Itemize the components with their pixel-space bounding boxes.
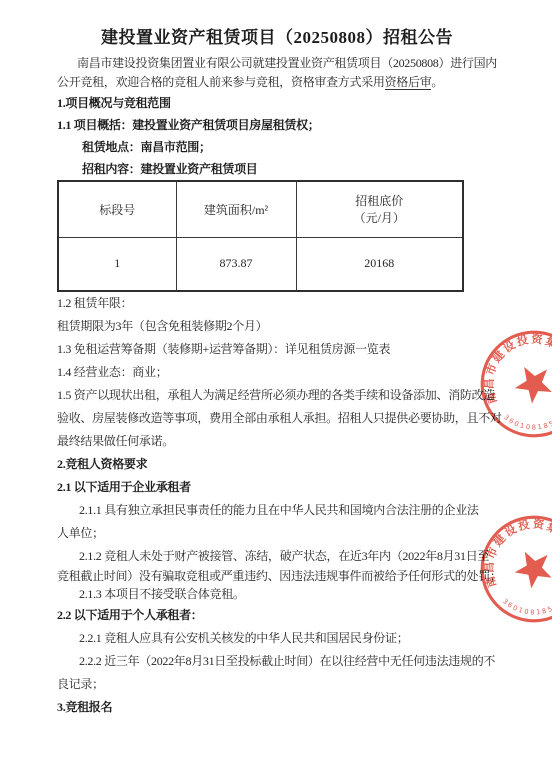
- intro-line-2-text: 公开竞租，欢迎合格的竞租人前来参与竞租，资格审查方式采用: [57, 75, 385, 89]
- document-page: 建投置业资产租赁项目（20250808）招租公告 南昌市建设投资集团置业有限公司…: [0, 0, 552, 760]
- item-1-1: 1.1 项目概括：建投置业资产租赁项目房屋租赁权；: [57, 114, 497, 136]
- header-base-rent-line1: 招租底价: [297, 192, 463, 209]
- item-2-1-1-line1: 2.1.1 具有独立承担民事责任的能力且在中华人民共和国境内合法注册的企业法: [57, 499, 497, 522]
- header-base-rent-line2: （元/月）: [297, 209, 463, 226]
- item-2-2-2-line1: 2.2.2 近三年（2022年8月31日至投标截止时间）在以往经营中无任何违法违…: [57, 650, 497, 673]
- item-2-2-1: 2.2.1 竞租人应具有公安机关核发的中华人民共和国居民身份证；: [57, 627, 497, 650]
- item-1-2-detail: 租赁期限为3年（包含免租装修期2个月）: [57, 315, 497, 338]
- intro-line-2: 公开竞租，欢迎合格的竞租人前来参与竞租，资格审查方式采用资格后审。: [57, 73, 497, 92]
- document-title: 建投置业资产租赁项目（20250808）招租公告: [57, 26, 497, 50]
- item-2-1-2-line2: 竞租截止时间）没有骗取竞租或严重违约、因违法违规事件而被给予任何形式的处罚；: [57, 568, 497, 585]
- item-1-5-line3: 最终结果做任何承诺。: [57, 430, 497, 453]
- item-1-3: 1.3 免租运营筹备期（装修期+运营筹备期）：详见租赁房源一览表: [57, 338, 497, 361]
- item-1-2: 1.2 租赁年限：: [57, 292, 497, 315]
- item-2-1-3: 2.1.3 本项目不接受联合体竞租。: [57, 585, 497, 604]
- intro-underlined-term: 资格后审: [385, 75, 432, 90]
- section1-heading: 1.项目概况与竞租范围: [57, 92, 497, 114]
- item-2-1-1-line2: 人单位；: [57, 522, 497, 545]
- item-2-2: 2.2 以下适用于个人承租者：: [57, 604, 497, 627]
- item-2-1-2-line1: 2.1.2 竞租人未处于财产被接管、冻结，破产状态，在近3年内（2022年8月3…: [57, 545, 497, 568]
- header-lot-number: 标段号: [58, 181, 176, 237]
- cell-base-rent: 20168: [296, 237, 463, 291]
- document-content: 建投置业资产租赁项目（20250808）招租公告 南昌市建设投资集团置业有限公司…: [0, 0, 552, 719]
- table-row: 1 873.87 20168: [58, 237, 463, 291]
- item-1-4: 1.4 经营业态：商业；: [57, 361, 497, 384]
- section3-heading: 3.竞租报名: [57, 696, 497, 719]
- cell-lot-number: 1: [58, 237, 176, 291]
- intro-period: 。: [431, 75, 443, 89]
- cell-building-area: 873.87: [176, 237, 296, 291]
- lease-content: 招租内容：建投置业资产租赁项目: [57, 158, 497, 180]
- item-2-2-2-line2: 良记录；: [57, 673, 497, 696]
- lease-lots-table: 标段号 建筑面积/m² 招租底价 （元/月） 1 873.87 20168: [57, 180, 464, 292]
- intro-line-1: 南昌市建设投资集团置业有限公司就建投置业资产租赁项目（20250808）进行国内: [57, 54, 497, 73]
- item-1-5-line1: 1.5 资产以现状出租，承租人为满足经营所必须办理的各类手续和设备添加、消防改造: [57, 384, 497, 407]
- header-building-area: 建筑面积/m²: [176, 181, 296, 237]
- section2-heading: 2.竞租人资格要求: [57, 453, 497, 476]
- item-1-5-line2: 验收、房屋装修改造等事项，费用全部由承租人承担。招租人只提供必要协助，且不对: [57, 407, 497, 430]
- table-header-row: 标段号 建筑面积/m² 招租底价 （元/月）: [58, 181, 463, 237]
- item-2-1: 2.1 以下适用于企业承租者: [57, 476, 497, 499]
- header-base-rent: 招租底价 （元/月）: [296, 181, 463, 237]
- lease-location: 租赁地点：南昌市范围；: [57, 136, 497, 158]
